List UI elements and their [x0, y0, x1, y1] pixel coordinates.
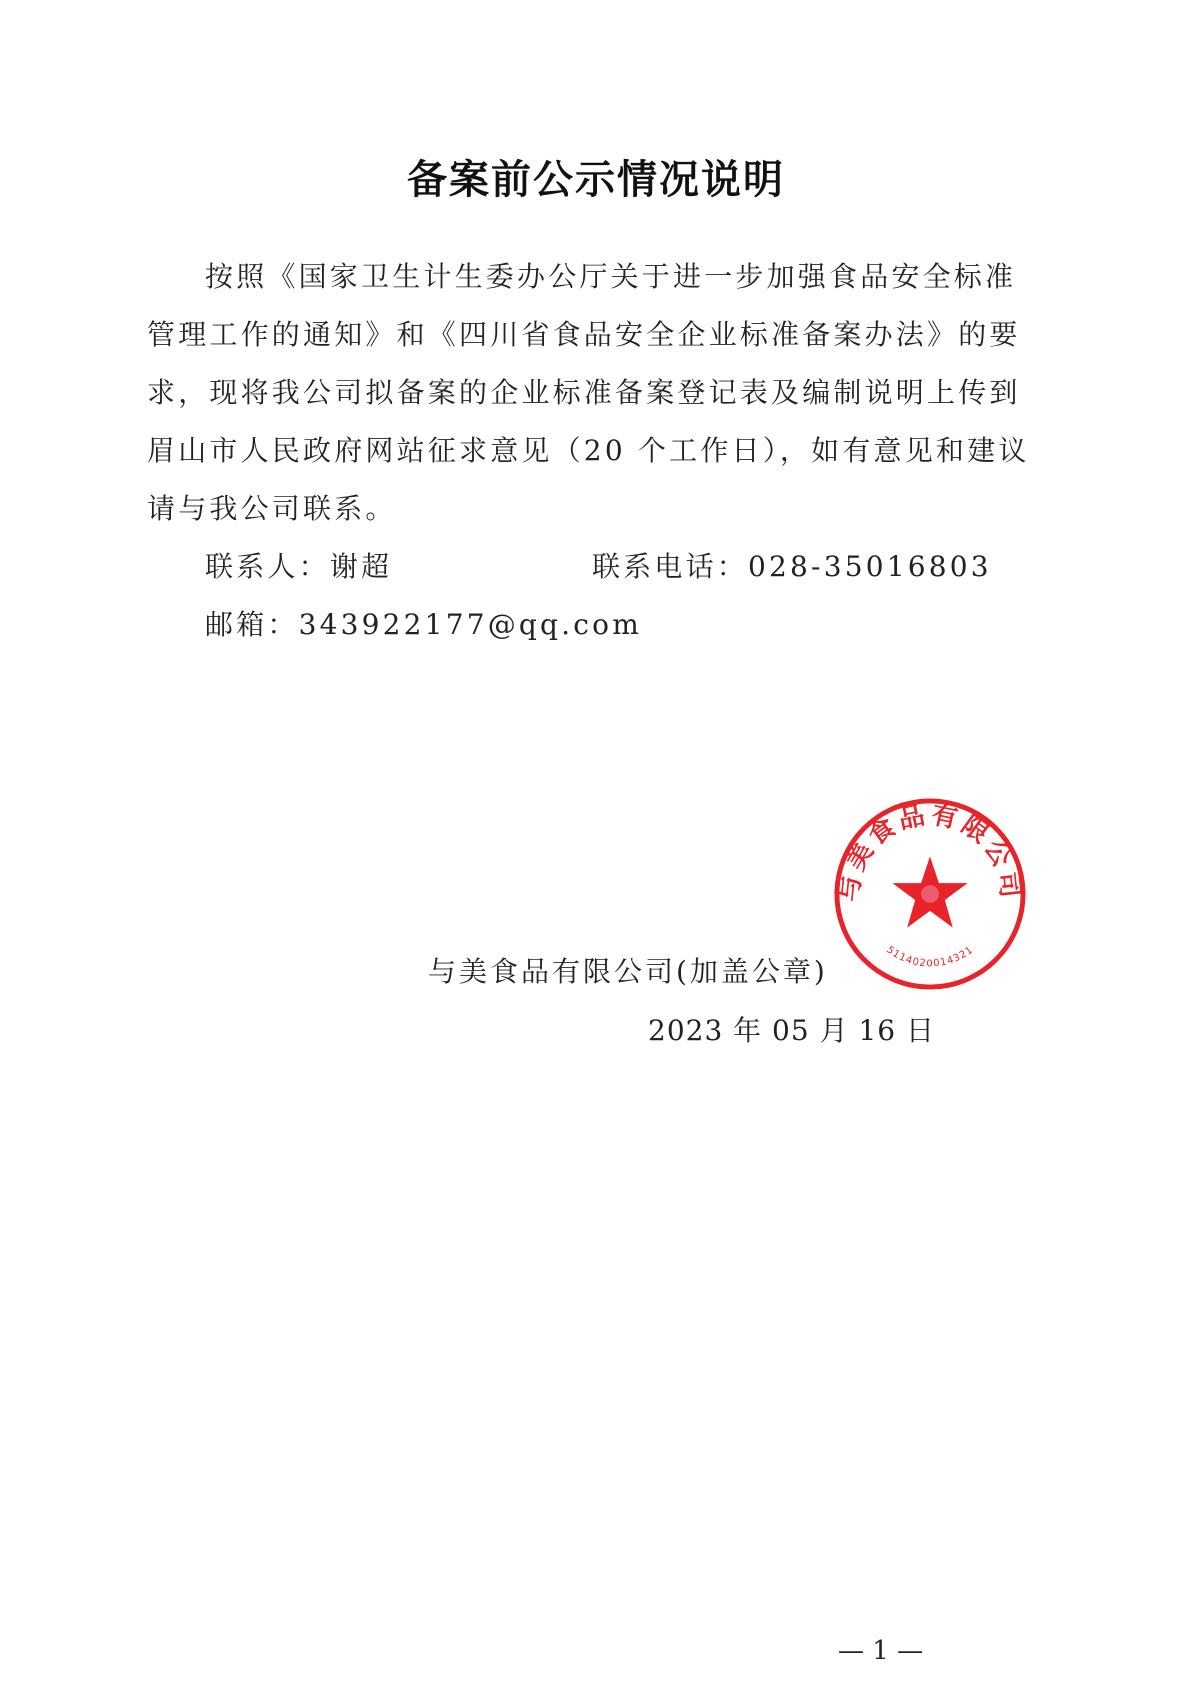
contact-email: 邮箱：343922177@qq.com: [205, 603, 642, 643]
contact-phone: 联系电话：028-35016803: [592, 545, 992, 585]
stamp-serial-number: 5114020014321: [884, 944, 975, 969]
paragraph-line-3: 求，现将我公司拟备案的企业标准备案登记表及编制说明上传到: [147, 371, 967, 411]
paragraph-line-4: 眉山市人民政府网站征求意见（20 个工作日），如有意见和建议: [147, 429, 967, 469]
document-date: 2023 年 05 月 16 日: [648, 1009, 935, 1049]
paragraph-line-2: 管理工作的通知》和《四川省食品安全企业标准备案办法》的要: [147, 313, 967, 353]
contact-person: 联系人：谢超: [205, 545, 392, 585]
company-seal-stamp: 与美食品有限公司 5114020014321: [831, 795, 1029, 993]
paragraph-line-5: 请与我公司联系。: [147, 487, 397, 527]
page-number: — 1 —: [838, 1636, 923, 1666]
paragraph-line-1: 按照《国家卫生计生委办公厅关于进一步加强食品安全标准: [205, 255, 967, 295]
svg-text:5114020014321: 5114020014321: [884, 944, 975, 969]
document-title: 备案前公示情况说明: [0, 148, 1192, 205]
signature-line: 与美食品有限公司(加盖公章): [428, 950, 828, 990]
document-page: 备案前公示情况说明 按照《国家卫生计生委办公厅关于进一步加强食品安全标准 管理工…: [0, 0, 1192, 1688]
